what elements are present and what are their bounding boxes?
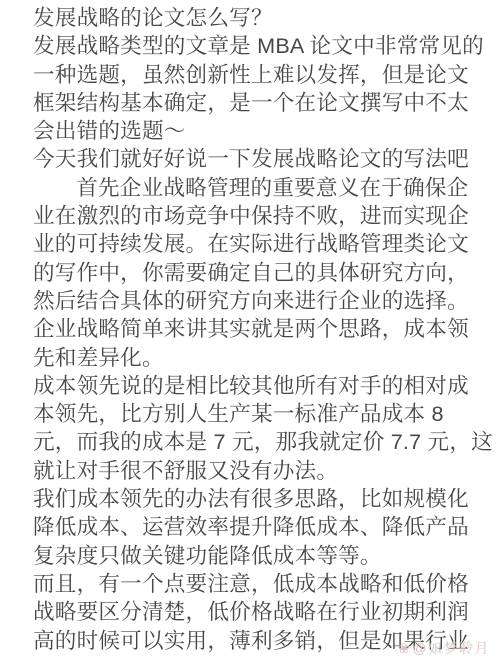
text-line: 先和差异化。	[33, 344, 472, 372]
text-line: 就让对手很不舒服又没有办法。	[33, 457, 472, 485]
text-line: 框架结构基本确定，是一个在论文撰写中不太	[33, 89, 472, 117]
text-line: 降低成本、运营效率提升降低成本、降低产品	[33, 513, 472, 541]
text-line: 发展战略类型的文章是 MBA 论文中非常常见的	[33, 32, 472, 60]
text-line: 而且，有一个点要注意，低成本战略和低价格	[33, 570, 472, 598]
text-line: 一种选题，虽然创新性上难以发挥，但是论文	[33, 61, 472, 89]
text-line: 今天我们就好好说一下发展战略论文的写法吧	[33, 145, 472, 173]
text-line: 业在激烈的市场竞争中保持不败，进而实现企	[33, 202, 472, 230]
text-line: 会出错的选题～	[33, 117, 472, 145]
article-page: 发展战略的论文怎么写？ 发展战略类型的文章是 MBA 论文中非常常见的 一种选题…	[0, 0, 500, 666]
text-line: 高的时候可以实用，薄利多销，但是如果行业	[33, 627, 472, 655]
text-line: 复杂度只做关键功能降低成本等等。	[33, 542, 472, 570]
text-line: 然后结合具体的研究方向来进行企业的选择。	[33, 287, 472, 315]
text-line-indented: 首先企业战略管理的重要意义在于确保企	[33, 174, 472, 202]
article-title-line: 发展战略的论文怎么写？	[33, 4, 472, 32]
text-line: 战略要区分清楚，低价格战略在行业初期利润	[33, 598, 472, 626]
text-line: 的写作中，你需要确定自己的具体研究方向，	[33, 259, 472, 287]
text-line: 本领先，比方别人生产某一标准产品成本 8	[33, 400, 472, 428]
text-line: 元，而我的成本是 7 元，那我就定价 7.7 元，这	[33, 428, 472, 456]
article-body: 发展战略的论文怎么写？ 发展战略类型的文章是 MBA 论文中非常常见的 一种选题…	[33, 4, 472, 655]
text-line: 企业战略简单来讲其实就是两个思路，成本领	[33, 315, 472, 343]
text-line: 成本领先说的是相比较其他所有对手的相对成	[33, 372, 472, 400]
text-line: 我们成本领先的办法有很多思路，比如规模化	[33, 485, 472, 513]
text-line: 业的可持续发展。在实际进行战略管理类论文	[33, 230, 472, 258]
